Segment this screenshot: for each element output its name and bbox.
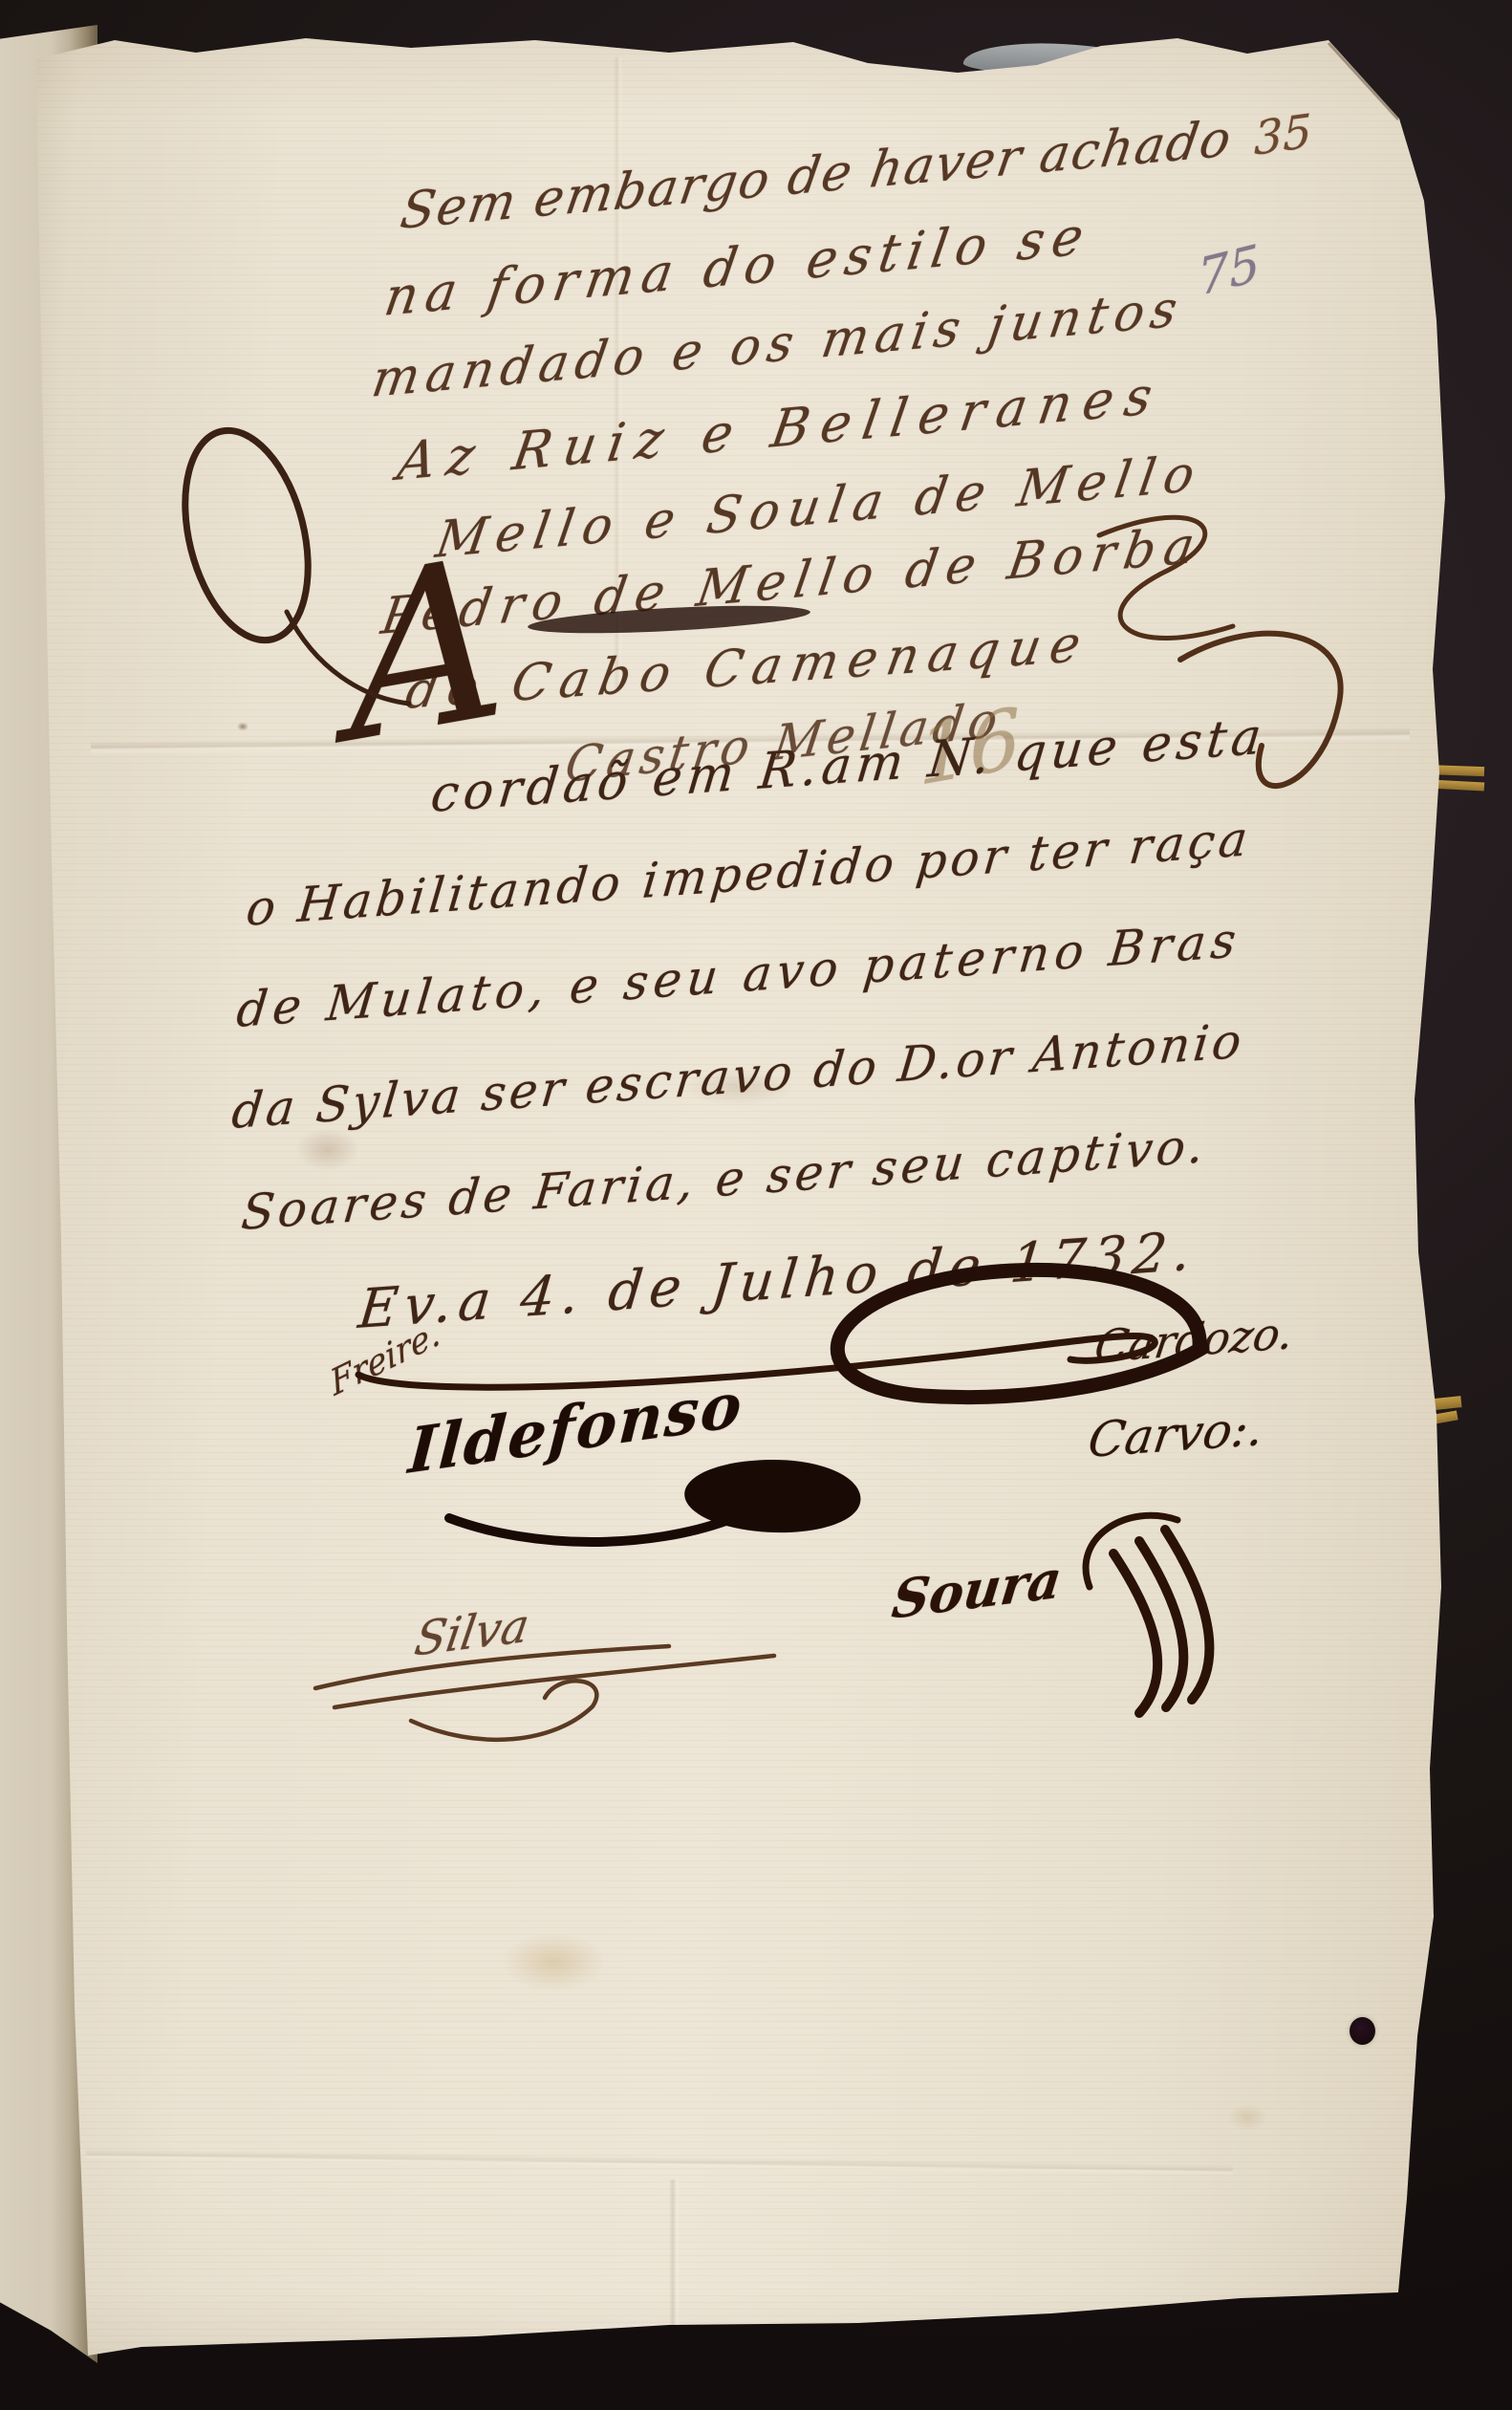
photograph-of-manuscript: 35 75 Sem embargo de haver achado na for… [0,0,1512,2410]
ink-speck [235,721,250,732]
vertical-fold-crease [669,2180,680,2328]
decree-initial: A [337,509,511,792]
foxing-stain [483,1921,626,2003]
foxing-stain [1219,2098,1276,2137]
folio-number-ink: 35 [1254,104,1311,166]
wormhole-dot [1350,2017,1375,2045]
manuscript-page: 35 75 Sem embargo de haver achado na for… [0,0,1512,2410]
